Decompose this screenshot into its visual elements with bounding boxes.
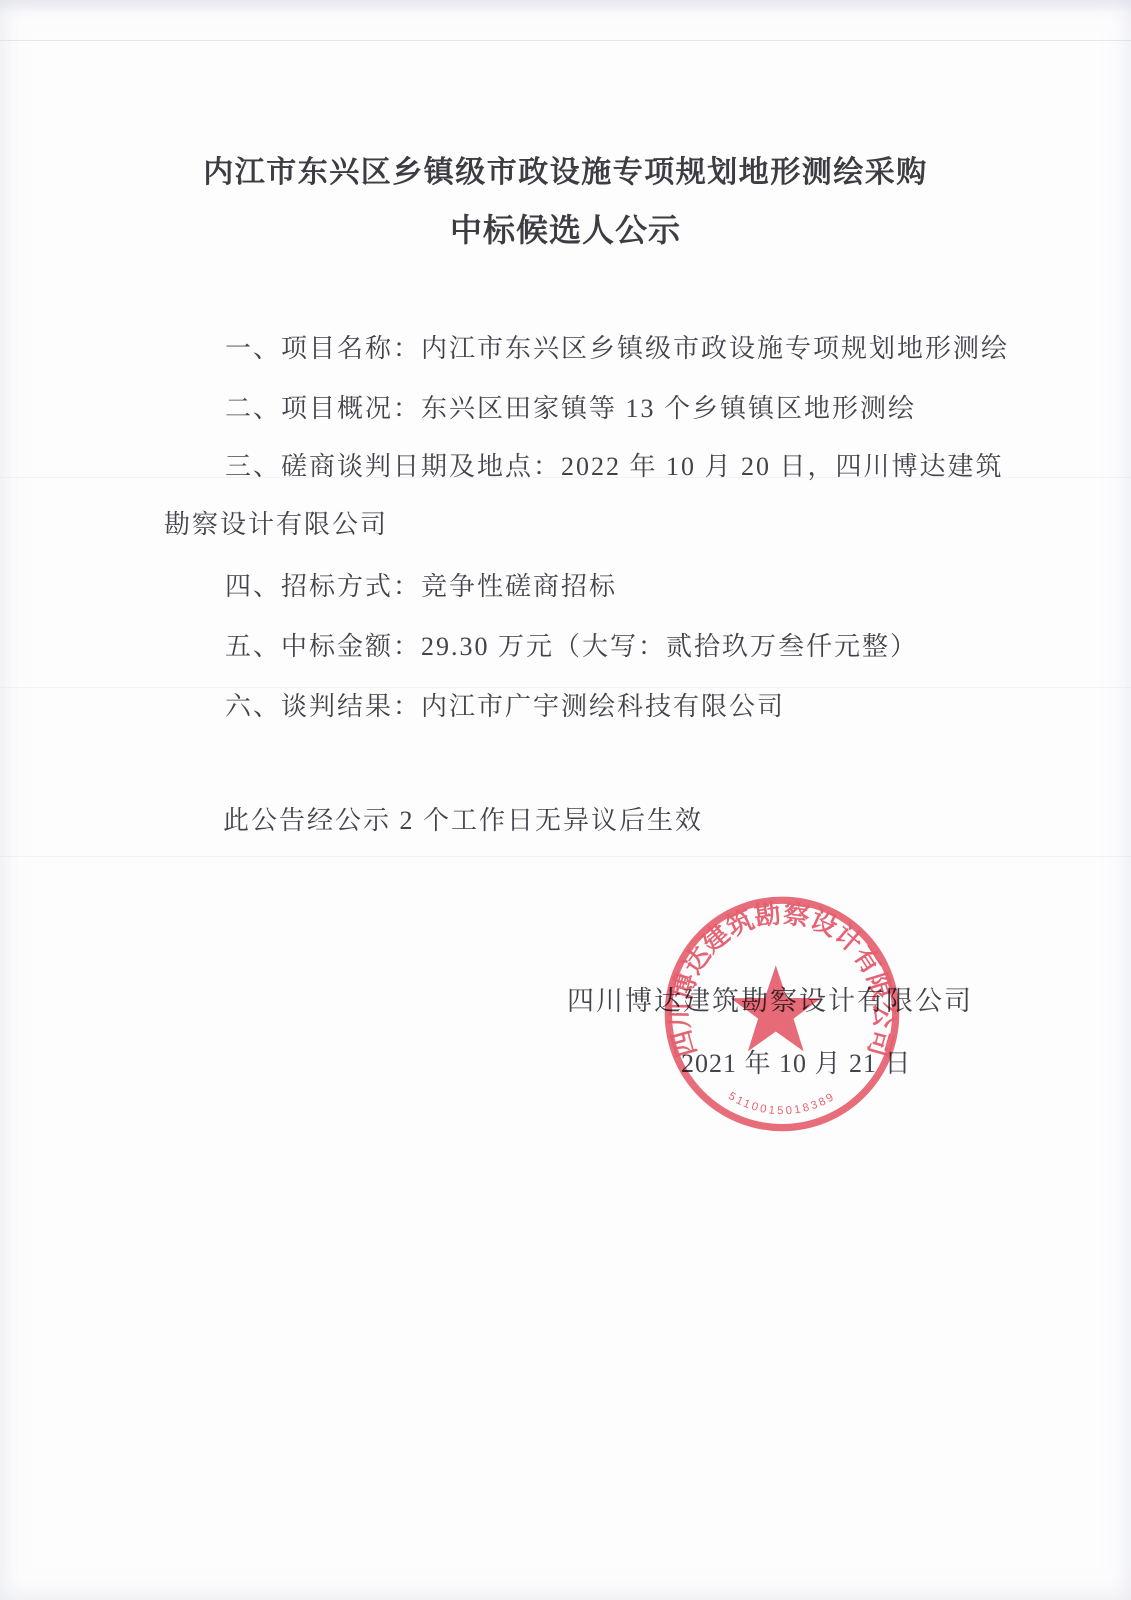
scan-artifact-line (0, 40, 1131, 41)
effective-note: 此公告经公示 2 个工作日无异议后生效 (223, 800, 703, 837)
paragraph-negotiation-date-cont: 勘察设计有限公司 (164, 504, 388, 541)
scanned-document-page: { "doc": { "title1": "内江市东兴区乡镇级市政设施专项规划地… (0, 0, 1131, 1600)
paragraph-negotiation-date: 三、磋商谈判日期及地点：2022 年 10 月 20 日，四川博达建筑 (225, 446, 1004, 483)
paragraph-project-overview: 二、项目概况：东兴区田家镇等 13 个乡镇镇区地形测绘 (225, 388, 916, 425)
document-title-line1: 内江市东兴区乡镇级市政设施专项规划地形测绘采购 (0, 147, 1131, 191)
paragraph-project-name: 一、项目名称：内江市东兴区乡镇级市政设施专项规划地形测绘 (225, 328, 1009, 365)
scan-edge-shading (0, 0, 1131, 12)
paragraph-negotiation-result: 六、谈判结果：内江市广宇测绘科技有限公司 (225, 686, 785, 723)
paragraph-bidding-method: 四、招标方式：竞争性磋商招标 (225, 566, 617, 603)
seal-number: 5110015018389 (726, 1090, 838, 1117)
paragraph-bid-amount: 五、中标金额：29.30 万元（大写：贰拾玖万叁仟元整） (225, 626, 918, 663)
seal-star-icon (731, 965, 821, 1051)
company-seal-stamp: 四川博达建筑勘察设计有限公司 5110015018389 (658, 892, 906, 1140)
document-title-line2: 中标候选人公示 (0, 205, 1131, 251)
scan-artifact-line (0, 856, 1131, 857)
seal-number-holder: 5110015018389 (726, 1090, 838, 1117)
